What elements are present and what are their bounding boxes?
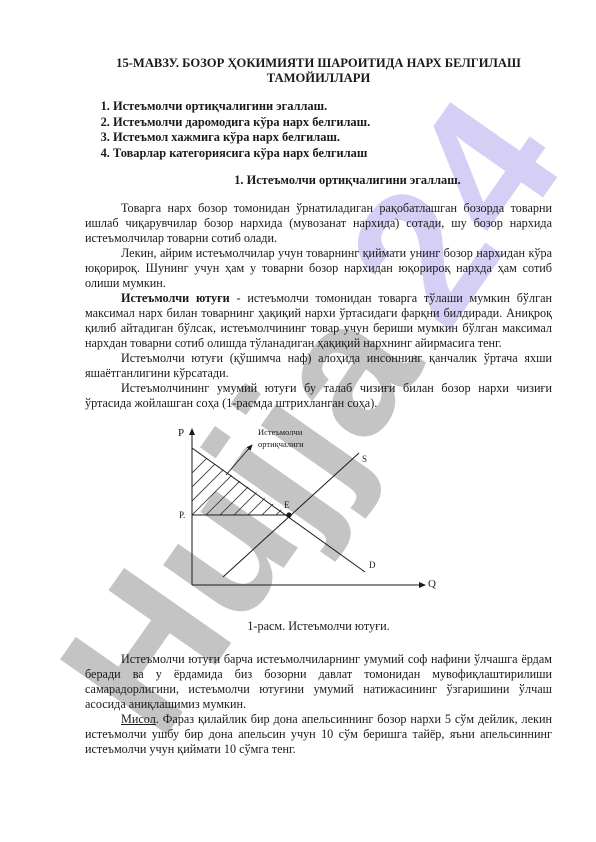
annotation-label: ортиқчалиги bbox=[258, 439, 304, 449]
demand-label: D bbox=[369, 560, 376, 570]
example-term: Мисол bbox=[121, 712, 156, 726]
topic-item: Истеъмолчи даромодига кўра нарх белгилаш… bbox=[113, 115, 552, 131]
paragraph: Истеъмолчининг умумий ютуғи бу талаб чиз… bbox=[85, 381, 552, 411]
figure-caption: 1-расм. Истеъмолчи ютуғи. bbox=[85, 619, 552, 634]
demand-curve bbox=[192, 448, 365, 572]
section-heading: 1. Истеъмолчи ортиқчалигини эгаллаш. bbox=[143, 173, 552, 188]
page-title: 15-МАВЗУ. БОЗОР ҲОКИМИЯТИ ШАРОИТИДА НАРХ… bbox=[85, 56, 552, 86]
supply-label: S bbox=[362, 454, 367, 464]
topic-item: Истеъмолчи ортиқчалигини эгаллаш. bbox=[113, 99, 552, 115]
paragraph: Истеъмолчи ютуғи (қўшимча наф) алоҳида и… bbox=[85, 351, 552, 381]
topic-item: Истеъмол хажмига кўра нарх белгилаш. bbox=[113, 130, 552, 146]
equilibrium-point bbox=[286, 512, 291, 517]
paragraph: Истеъмолчи ютуғи барча истеъмолчиларнинг… bbox=[85, 652, 552, 712]
y-axis-label: P bbox=[178, 427, 184, 439]
paragraph: Товарга нарх бозор томонидан ўрнатиладиг… bbox=[85, 201, 552, 246]
document-page: Hujja 24 15-МАВЗУ. БОЗОР ҲОКИМИЯТИ ШАРОИ… bbox=[0, 0, 596, 842]
paragraph-example: Мисол. Фараз қилайлик бир дона апельсинн… bbox=[85, 712, 552, 757]
equilibrium-label: E bbox=[284, 500, 290, 510]
document-content: 15-МАВЗУ. БОЗОР ҲОКИМИЯТИ ШАРОИТИДА НАРХ… bbox=[85, 56, 552, 757]
x-axis-label: Q bbox=[428, 578, 436, 590]
topic-list: Истеъмолчи ортиқчалигини эгаллаш. Истеъм… bbox=[85, 99, 552, 161]
term-consumer-surplus: Истеъмолчи ютуғи bbox=[121, 291, 230, 305]
annotation-label: Истеъмолчи bbox=[258, 427, 303, 437]
price-level-label: P. bbox=[179, 510, 185, 520]
topic-item: Товарлар категориясига кўра нарх белгила… bbox=[113, 146, 552, 162]
surplus-hatching bbox=[180, 445, 360, 522]
paragraph-definition: Истеъмолчи ютуғи - истеъмолчи томонидан … bbox=[85, 291, 552, 351]
paragraph: Лекин, айрим истеъмолчилар учун товарнин… bbox=[85, 246, 552, 291]
annotation-arrow bbox=[226, 445, 252, 475]
consumer-surplus-diagram: P Q P. E S D Истеъмолчи ортиқчалиги bbox=[85, 425, 552, 617]
example-text: . Фараз қилайлик бир дона апельсиннинг б… bbox=[85, 712, 552, 756]
